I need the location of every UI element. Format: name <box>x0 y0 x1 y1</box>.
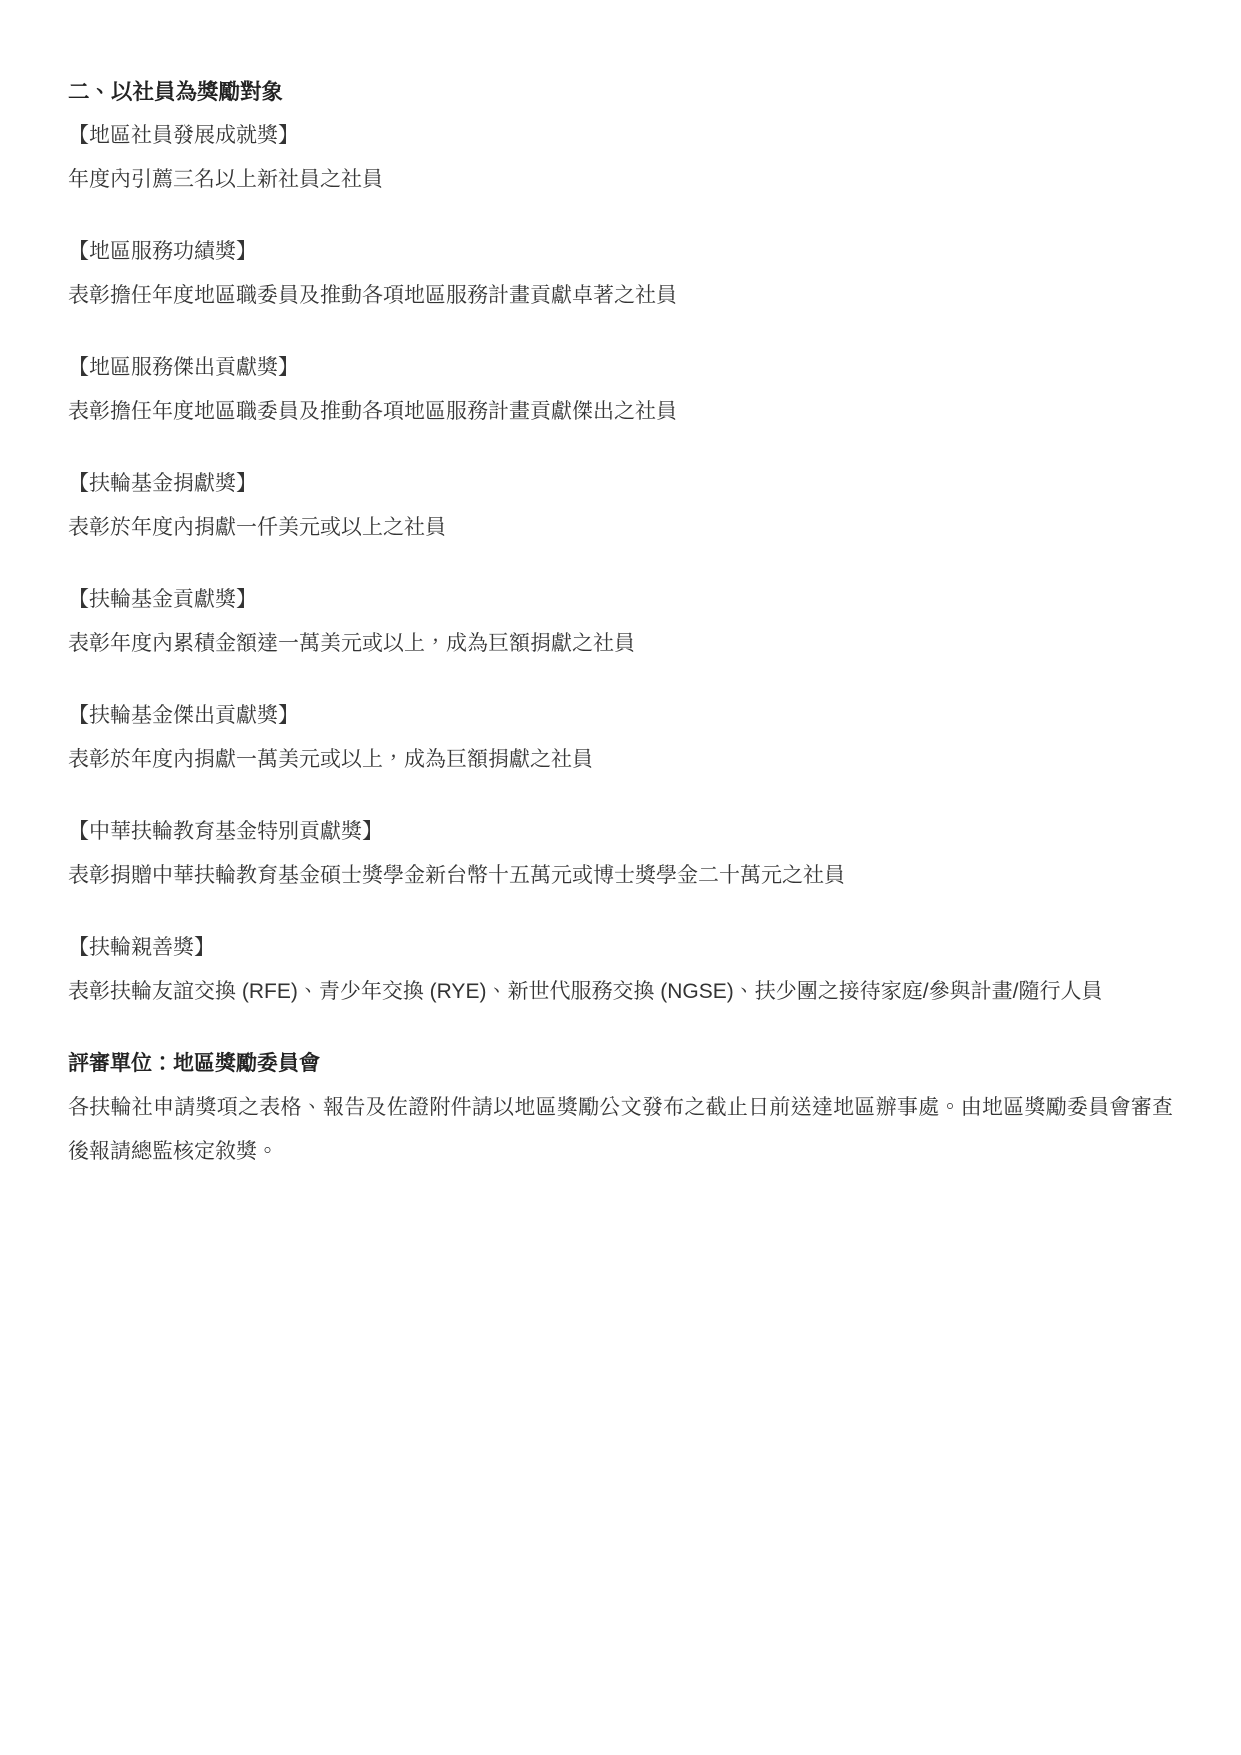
award-block: 【地區服務功績獎】 表彰擔任年度地區職委員及推動各項地區服務計畫貢獻卓著之社員 <box>68 230 1173 318</box>
award-description: 表彰捐贈中華扶輪教育基金碩士獎學金新台幣十五萬元或博士獎學金二十萬元之社員 <box>68 854 1173 898</box>
award-name: 【地區服務傑出貢獻獎】 <box>68 346 1173 390</box>
review-instructions: 各扶輪社申請獎項之表格、報告及佐證附件請以地區獎勵公文發布之截止日前送達地區辦事… <box>68 1086 1173 1174</box>
award-name: 【扶輪親善獎】 <box>68 926 1173 970</box>
award-description: 表彰於年度內捐獻一萬美元或以上，成為巨額捐獻之社員 <box>68 738 1173 782</box>
award-description: 表彰擔任年度地區職委員及推動各項地區服務計畫貢獻傑出之社員 <box>68 390 1173 434</box>
award-name: 【地區服務功績獎】 <box>68 230 1173 274</box>
award-description: 表彰年度內累積金額達一萬美元或以上，成為巨額捐獻之社員 <box>68 622 1173 666</box>
review-unit-heading: 評審單位：地區獎勵委員會 <box>68 1042 1173 1086</box>
award-block: 【扶輪基金捐獻獎】 表彰於年度內捐獻一仟美元或以上之社員 <box>68 462 1173 550</box>
award-name: 【扶輪基金傑出貢獻獎】 <box>68 694 1173 738</box>
award-description: 年度內引薦三名以上新社員之社員 <box>68 158 1173 202</box>
page-title: 二、以社員為獎勵對象 <box>68 70 1173 114</box>
review-section: 評審單位：地區獎勵委員會 各扶輪社申請獎項之表格、報告及佐證附件請以地區獎勵公文… <box>68 1042 1173 1174</box>
award-description: 表彰於年度內捐獻一仟美元或以上之社員 <box>68 506 1173 550</box>
award-description: 表彰扶輪友誼交換 (RFE)、青少年交換 (RYE)、新世代服務交換 (NGSE… <box>68 970 1173 1014</box>
award-block: 【地區社員發展成就獎】 年度內引薦三名以上新社員之社員 <box>68 114 1173 202</box>
award-name: 【中華扶輪教育基金特別貢獻獎】 <box>68 810 1173 854</box>
award-block: 【地區服務傑出貢獻獎】 表彰擔任年度地區職委員及推動各項地區服務計畫貢獻傑出之社… <box>68 346 1173 434</box>
award-name: 【地區社員發展成就獎】 <box>68 114 1173 158</box>
award-description: 表彰擔任年度地區職委員及推動各項地區服務計畫貢獻卓著之社員 <box>68 274 1173 318</box>
award-block: 【扶輪基金貢獻獎】 表彰年度內累積金額達一萬美元或以上，成為巨額捐獻之社員 <box>68 578 1173 666</box>
award-block: 【扶輪基金傑出貢獻獎】 表彰於年度內捐獻一萬美元或以上，成為巨額捐獻之社員 <box>68 694 1173 782</box>
award-name: 【扶輪基金捐獻獎】 <box>68 462 1173 506</box>
award-name: 【扶輪基金貢獻獎】 <box>68 578 1173 622</box>
award-block: 【中華扶輪教育基金特別貢獻獎】 表彰捐贈中華扶輪教育基金碩士獎學金新台幣十五萬元… <box>68 810 1173 898</box>
document-page: 二、以社員為獎勵對象 【地區社員發展成就獎】 年度內引薦三名以上新社員之社員 【… <box>0 0 1241 1755</box>
award-block: 【扶輪親善獎】 表彰扶輪友誼交換 (RFE)、青少年交換 (RYE)、新世代服務… <box>68 926 1173 1014</box>
